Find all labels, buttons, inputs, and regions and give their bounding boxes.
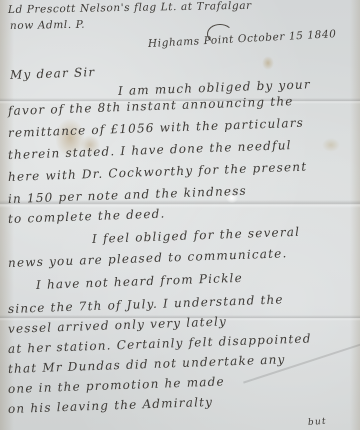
flourish-mark xyxy=(207,24,233,44)
letter-page: Ld Prescott Nelson's flag Lt. at Trafalg… xyxy=(0,0,360,430)
foxing-stain xyxy=(322,138,340,152)
body-line: news you are pleased to communicate. xyxy=(8,246,288,270)
catchword: but xyxy=(308,417,327,428)
body-line: therein stated. I have done the needful xyxy=(8,138,292,162)
paper-edge-shadow-right xyxy=(350,0,360,430)
body-line: remittance of £1056 with the particulars xyxy=(8,116,305,140)
body-line: one in the promotion he made xyxy=(8,374,225,396)
body-line: to complete the deed. xyxy=(8,207,166,226)
body-line: since the 7th of July. I understand the xyxy=(8,292,284,316)
body-line: here with Dr. Cockworthy for the present xyxy=(8,160,308,184)
dateline: Highams Point October 15 1840 xyxy=(148,28,337,50)
body-line: I have not heard from Pickle xyxy=(36,271,243,292)
header-note-line: Ld Prescott Nelson's flag Lt. at Trafalg… xyxy=(8,0,252,16)
body-line: on his leaving the Admiralty xyxy=(8,395,214,416)
body-line: I feel obliged for the several xyxy=(92,225,301,246)
foxing-stain xyxy=(262,56,274,70)
header-note-line: now Adml. P. xyxy=(10,19,85,32)
body-line: that Mr Dundas did not undertake any xyxy=(8,352,286,376)
salutation: My dear Sir xyxy=(10,65,96,82)
